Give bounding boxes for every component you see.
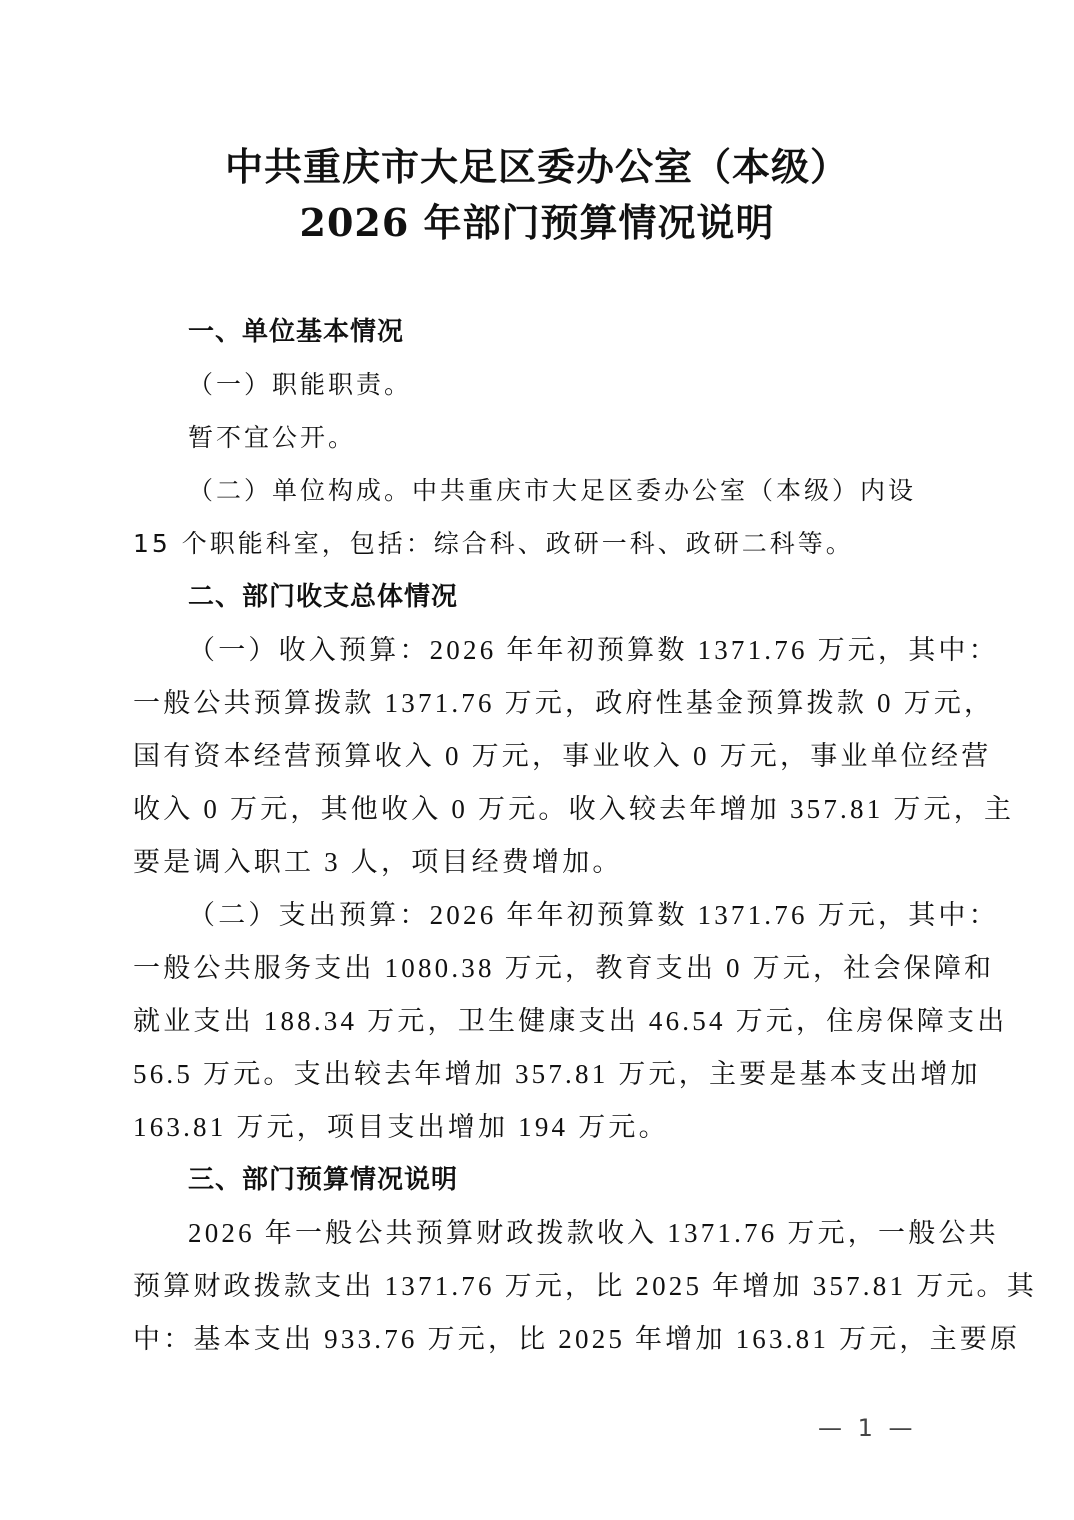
section-1-heading: 一、单位基本情况: [188, 312, 1000, 352]
income-paragraph-line: 国有资本经营预算收入 0 万元，事业收入 0 万元，事业单位经营: [133, 736, 945, 776]
section-3-paragraph-line: 预算财政拨款支出 1371.76 万元，比 2025 年增加 357.81 万元…: [133, 1266, 945, 1306]
expense-paragraph-line: 56.5 万元。支出较去年增加 357.81 万元，主要是基本支出增加: [133, 1054, 945, 1094]
income-paragraph-line: （一）收入预算：2026 年年初预算数 1371.76 万元，其中：: [188, 630, 1000, 670]
expense-paragraph-line: 就业支出 188.34 万元，卫生健康支出 46.54 万元，住房保障支出: [133, 1001, 945, 1041]
document-title-line-1: 中共重庆市大足区委办公室（本级）: [0, 136, 1074, 191]
expense-paragraph-line: 一般公共服务支出 1080.38 万元，教育支出 0 万元，社会保障和: [133, 948, 945, 988]
section-3-paragraph-line: 2026 年一般公共预算财政拨款收入 1371.76 万元，一般公共: [188, 1213, 1000, 1253]
section-3-paragraph-line: 中：基本支出 933.76 万元，比 2025 年增加 163.81 万元，主要…: [133, 1319, 945, 1359]
income-paragraph-line: 收入 0 万元，其他收入 0 万元。收入较去年增加 357.81 万元，主: [133, 789, 945, 829]
income-paragraph-line: 一般公共预算拨款 1371.76 万元，政府性基金预算拨款 0 万元，: [133, 683, 945, 723]
expense-paragraph-line: （二）支出预算：2026 年年初预算数 1371.76 万元，其中：: [188, 895, 1000, 935]
section-1-sub-1-text: 暂不宜公开。: [188, 418, 1000, 458]
section-1-sub-2-line-2: 15 个职能科室，包括：综合科、政研一科、政研二科等。: [133, 524, 945, 564]
section-3-heading: 三、部门预算情况说明: [188, 1160, 1000, 1200]
document-page: 中共重庆市大足区委办公室（本级） 2026 年部门预算情况说明 一、单位基本情况…: [0, 0, 1074, 1520]
section-2-heading: 二、部门收支总体情况: [188, 577, 1000, 617]
section-1-sub-2-line-1: （二）单位构成。中共重庆市大足区委办公室（本级）内设: [188, 471, 1000, 511]
expense-paragraph-line: 163.81 万元，项目支出增加 194 万元。: [133, 1107, 945, 1147]
document-title-line-2: 2026 年部门预算情况说明: [0, 192, 1074, 247]
income-paragraph-line: 要是调入职工 3 人，项目经费增加。: [133, 842, 945, 882]
page-number: — 1 —: [818, 1414, 917, 1442]
section-1-sub-1: （一）职能职责。: [188, 365, 1000, 405]
